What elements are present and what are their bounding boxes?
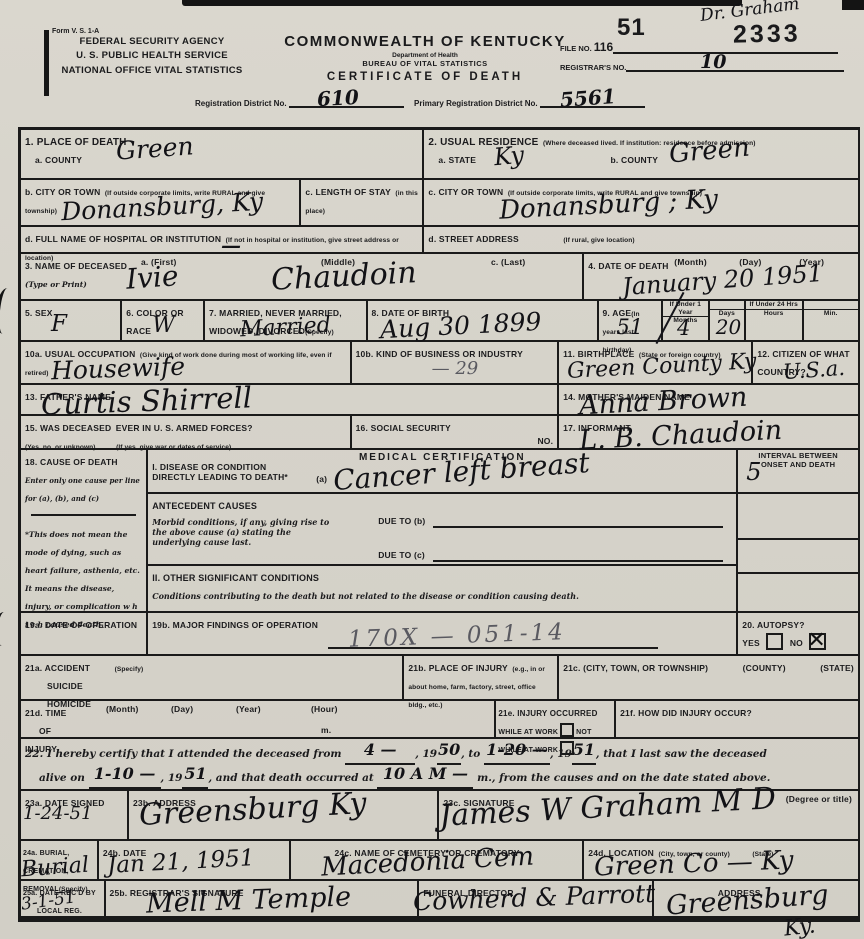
bureau-line: BUREAU OF VITAL STATISTICS <box>265 59 585 68</box>
interval-line-a <box>738 492 858 494</box>
due-to-b-label: DUE TO (b) <box>378 516 425 526</box>
department-line: Department of Health <box>265 52 585 59</box>
autopsy-yes-label: YES <box>742 638 760 648</box>
disease-line-a-label: (a) <box>316 474 327 484</box>
certify-text-6: alive on <box>39 772 85 784</box>
form-number: Form V. S. 1-A <box>52 28 252 35</box>
scan-artifact-bracket-2 <box>0 611 13 646</box>
interval-handwritten-mark: 5 <box>746 460 761 484</box>
field-date-signed: 23a. DATE SIGNED 1-24-51 <box>21 791 129 839</box>
county-value: Green <box>115 133 194 163</box>
field-date-of-operation: 19a. DATE OF OPERA­TION <box>21 613 148 654</box>
field-funeral-director: FUNERAL DIRECTOR Cowherd & Parrott <box>419 881 653 916</box>
field-date-of-birth: 8. DATE OF BIRTH Aug 30 1899 <box>368 301 599 340</box>
agency-line-1: FEDERAL SECURITY AGENCY <box>52 35 252 49</box>
burial-value: Burial <box>20 855 89 882</box>
months-value: 4 <box>677 318 690 339</box>
citizenship-value: U.S.a. <box>783 358 846 383</box>
field-street-address: d. STREET ADDRESS (If rural, give locati… <box>424 227 858 252</box>
disease-label-2: DIRECTLY LEADING TO DEATH* <box>152 472 288 482</box>
field-age-min: Min. <box>804 301 858 340</box>
time-of-injury-label-1: 21d. TIME <box>25 708 66 718</box>
field-age-hours: If Under 24 Hrs Hours <box>746 301 804 340</box>
place-of-death-title: 1. PLACE OF DEATH <box>25 137 127 148</box>
certify-number: 22. <box>25 748 43 760</box>
field-autopsy: 20. AUTOPSY? YES NO <box>738 613 858 654</box>
last-name-label: c. (Last) <box>491 257 525 267</box>
ssn-label: 16. SOCIAL SECURITY <box>356 423 451 433</box>
field-occupation: 10a. USUAL OCCUPATION (Give kind of work… <box>21 342 352 383</box>
state-label: a. STATE <box>438 155 476 165</box>
registration-district-line: Registration District No. 610 Primary Re… <box>195 99 645 108</box>
field-residence-city: c. CITY OR TOWN (If outside corporate li… <box>424 180 858 225</box>
date-of-death-label: 4. DATE OF DEATH <box>588 261 668 271</box>
field-armed-forces: 15. WAS DECEASED EVER IN U. S. ARMED FOR… <box>21 416 352 448</box>
interval-label-2: ONSET AND DEATH <box>761 460 835 469</box>
residence-state-value: Ky <box>493 143 525 170</box>
field-date-received: 25a. DATE REC'D BY LOCAL REG. 3-1-51 <box>21 881 106 916</box>
autopsy-label: 20. AUTOPSY? <box>742 620 804 630</box>
street-address-hint: (If rural, give location) <box>563 237 634 244</box>
file-number-block: FILE NO. 116 REGISTRAR'S NO. 10 <box>560 40 860 72</box>
field-place-of-death-county: 1. PLACE OF DEATH a. COUNTY Green <box>21 130 424 178</box>
field-accident-suicide-homicide: 21a. ACCIDENT (Specify) SUICIDE HOMICIDE <box>21 656 404 699</box>
residence-county-label: b. COUNTY <box>611 155 659 165</box>
marital-value: Married <box>240 315 332 342</box>
reg-district-label: Registration District No. <box>195 99 287 108</box>
suicide-label: SUICIDE <box>47 681 83 691</box>
signature-hint: (Degree or title) <box>786 794 852 804</box>
days-value: 20 <box>716 317 741 337</box>
injury-year-label: (Year) <box>236 704 261 714</box>
attended-from-value: 4 — <box>364 740 397 759</box>
dod-month-label: (Month) <box>674 257 707 267</box>
last-seen-value: 1-10 — <box>94 764 156 783</box>
ssn-label-2: NO. <box>356 436 554 446</box>
field-cemetery: 24c. NAME OF CEMETERY OR CREMATORY Maced… <box>291 841 585 879</box>
accident-label: 21a. ACCIDENT <box>25 663 90 673</box>
field-how-injury-occurred: 21f. HOW DID INJURY OCCUR? <box>616 701 858 737</box>
armed-forces-label-1: 15. WAS DECEASED <box>25 423 111 433</box>
field-funeral-director-address: ADDRESS Greensburg Ky. <box>654 881 858 916</box>
autopsy-yes-checkbox <box>766 633 783 650</box>
morbid-conditions-text: Morbid conditions, if any, giving rise t… <box>152 517 332 547</box>
other-conditions-text: Conditions contributing to the death but… <box>152 591 579 601</box>
injury-hour-label: (Hour) <box>311 704 338 714</box>
registrar-no-label: REGISTRAR'S NO. <box>560 63 626 72</box>
title-block: COMMONWEALTH OF KENTUCKY Department of H… <box>265 33 585 83</box>
field-ssn: 16. SOCIAL SECURITY NO. <box>352 416 560 448</box>
certify-text-3: , to <box>461 748 480 760</box>
field-age-months: If Under 1 Year Months 4 <box>663 301 710 340</box>
name-title: 3. NAME OF DECEASED <box>25 261 127 271</box>
length-of-stay-label: c. LENGTH OF STAY <box>305 187 391 197</box>
disease-label-1: I. DISEASE OR CONDITION <box>152 462 266 472</box>
reg-district-value: 610 <box>316 87 359 109</box>
registrar-signature-value: Mell M Temple <box>145 883 351 917</box>
field-age-days: Days 20 <box>710 301 746 340</box>
fd-address-value-2: Ky. <box>783 915 817 939</box>
certificate-form: 1. PLACE OF DEATH a. COUNTY Green 2. USU… <box>18 127 860 922</box>
injury-occurred-label: 21e. INJURY OCCURRED <box>498 709 597 718</box>
armed-forces-label-2: EVER IN U. S. ARMED FORCES? <box>116 423 253 433</box>
primary-district-value: 5561 <box>559 86 616 110</box>
first-name-value: Ivie <box>125 262 179 294</box>
field-age-years: 9. AGE(In years last birthday) 51 <box>599 301 663 340</box>
corner-number: 51 <box>617 14 646 42</box>
field-mother-name: 14. MOTHER'S MAIDEN NAME Anna Brown <box>559 385 858 414</box>
scan-artifact-corner <box>842 0 864 10</box>
certify-text-4: , 19 <box>550 748 572 760</box>
injury-county-label: (COUNTY) <box>743 663 786 673</box>
injury-state-label: (STATE) <box>820 663 854 673</box>
autopsy-no-checkbox <box>809 633 826 650</box>
dob-value: Aug 30 1899 <box>379 309 542 342</box>
residence-city-label: c. CITY OR TOWN <box>428 187 503 197</box>
autopsy-no-label: NO <box>790 638 803 648</box>
death-certificate-scan: Form V. S. 1-A FEDERAL SECURITY AGENCY U… <box>0 0 864 939</box>
field-marital-status: 7. MARRIED, NEVER MARRIED, WIDOWED, DIVO… <box>205 301 367 340</box>
street-address-label: d. STREET ADDRESS <box>428 234 518 244</box>
last-seen-year: 51 <box>184 764 206 783</box>
burial-location-value: Green Co — Ky <box>594 848 794 881</box>
hospital-value: — <box>221 235 241 255</box>
primary-district-label: Primary Registration District No. <box>414 99 538 108</box>
certify-text-7: , 19 <box>161 772 183 784</box>
scan-artifact-topbar <box>182 0 742 6</box>
min-label: Min. <box>804 310 858 318</box>
agency-line-2: U. S. PUBLIC HEALTH SERVICE <box>52 49 252 63</box>
field-burial-location: 24d. LOCATION (City, town, or county) (S… <box>584 841 858 879</box>
name-title-hint: (Type or Print) <box>25 280 87 289</box>
injury-m-label: m. <box>321 725 331 735</box>
residence-county-value: Green <box>668 135 751 168</box>
field-length-of-stay: c. LENGTH OF STAY (in this place) <box>301 180 424 225</box>
field-usual-residence: 2. USUAL RESIDENCE (Where deceased lived… <box>424 130 858 178</box>
field-major-findings: 19b. MAJOR FINDINGS OF OPERATION 170X — … <box>148 613 738 654</box>
field-burial-date: 24b. DATE Jan 21, 1951 <box>99 841 291 879</box>
surname-value: Chaudoin <box>270 258 417 296</box>
field-time-of-injury: 21d. TIME (Month) (Day) (Year) (Hour) OF… <box>21 701 496 737</box>
field-informant: 17. INFORMANT L. B. Chaudoin <box>559 416 858 448</box>
injury-month-label: (Month) <box>106 704 139 714</box>
hospital-label: d. FULL NAME OF HOSPITAL OR INSTITUTION <box>25 234 221 244</box>
interval-line-b <box>738 538 858 540</box>
certify-text-2: , 19 <box>415 748 437 760</box>
file-no-value: 116 <box>594 40 613 54</box>
mother-value: Anna Brown <box>579 384 749 420</box>
major-findings-label: 19b. MAJOR FINDINGS OF OPERATION <box>152 620 318 630</box>
field-citizenship: 12. CITIZEN OF WHAT COUNTRY? U.S.a. <box>753 342 858 383</box>
certificate-type: CERTIFICATE OF DEATH <box>265 71 585 83</box>
cause-of-death-label: 18. CAUSE OF DEATH <box>25 457 118 467</box>
field-interval: INTERVAL BETWEEN ONSET AND DEATH 5 <box>738 450 858 611</box>
sex-label: 5. SEX <box>25 308 53 318</box>
field-industry: 10b. KIND OF BUSINESS OR IN­DUSTRY — 29 <box>352 342 560 383</box>
while-at-work-checkbox <box>560 723 574 737</box>
antecedent-causes-label: ANTECEDENT CAUSES <box>152 501 257 511</box>
field-physician-address: 23b. ADDRESS Greensburg Ky <box>129 791 440 839</box>
header-bracket <box>44 30 49 96</box>
field-registrar-signature: 25b. REGISTRAR'S SIGNATURE Mell M Temple <box>106 881 420 916</box>
interval-label-1: INTERVAL BETWEEN <box>758 451 837 460</box>
father-value: Curtis Shirrell <box>41 383 253 419</box>
field-medical-certification: MEDICAL CERTIFICATION I. DISEASE OR COND… <box>148 450 738 611</box>
issuing-agency-block: Form V. S. 1-A FEDERAL SECURITY AGENCY U… <box>52 28 252 78</box>
physician-address-value: Greensburg Ky <box>138 789 367 831</box>
field-sex: 5. SEX F <box>21 301 122 340</box>
burial-date-value: Jan 21, 1951 <box>106 847 254 878</box>
field-cause-of-death-sidebar: 18. CAUSE OF DEATH Enter only one cause … <box>21 450 148 611</box>
attended-from-year: 50 <box>438 740 460 759</box>
industry-value: — 29 <box>432 360 479 378</box>
occupation-value: Housewife <box>51 354 186 384</box>
field-burial: 24a. BURIAL, CREMA­TION, REMOVAL(Specify… <box>21 841 99 879</box>
other-conditions-label: II. OTHER SIGNIFICANT CONDITIONS <box>152 573 319 583</box>
death-time-value: 10 A M — <box>383 764 468 783</box>
race-value: W <box>152 315 175 337</box>
field-father-name: 13. FATHER'S NAME Curtis Shirrell <box>21 385 559 414</box>
while-at-work-label: WHILE AT WORK <box>498 729 558 736</box>
attended-to-value: 1-20 — <box>486 740 548 759</box>
field-name-of-deceased: 3. NAME OF DECEASED (Type or Print) a. (… <box>21 254 584 299</box>
injury-day-label: (Day) <box>171 704 193 714</box>
field-birthplace: 11. BIRTHPLACE (State or foreign country… <box>559 342 753 383</box>
time-of-injury-label-2: OF <box>39 726 51 736</box>
field-place-of-injury: 21b. PLACE OF INJURY (e.g., in or about … <box>404 656 559 699</box>
registrar-no-value: 10 <box>700 53 726 72</box>
certify-text-9: m., from the causes and on the date stat… <box>477 772 770 784</box>
county-label: a. COUNTY <box>35 155 82 165</box>
place-of-injury-label: 21b. PLACE OF INJURY <box>408 663 508 673</box>
due-to-c-label: DUE TO (c) <box>378 550 425 560</box>
age-value: 51 <box>617 317 644 338</box>
field-race: 6. COLOR OR RACE W <box>122 301 205 340</box>
accident-hint: (Specify) <box>115 666 144 673</box>
agency-line-3: NATIONAL OFFICE VITAL STATISTICS <box>52 64 252 78</box>
certify-text-8: , and that death occurred at <box>208 772 373 784</box>
date-signed-value: 1-24-51 <box>23 805 92 823</box>
date-of-operation-label: 19a. DATE OF OPERA­TION <box>25 620 137 630</box>
cause-note-1: Enter only one cause per line for (a), (… <box>25 476 140 503</box>
sex-value: F <box>51 313 67 336</box>
signature-value: James W Graham M D <box>439 784 777 832</box>
field-city-of-death: b. CITY OR TOWN (If outside corporate li… <box>21 180 301 225</box>
how-injury-label: 21f. HOW DID INJURY OCCUR? <box>620 708 752 718</box>
field-signature: 23c. SIGNATURE (Degree or title) James W… <box>439 791 858 839</box>
field-date-of-death: 4. DATE OF DEATH (Month) (Day) (Year) Ja… <box>584 254 858 299</box>
field-hospital: d. FULL NAME OF HOSPITAL OR INSTITUTION … <box>21 227 424 252</box>
attended-to-year: 51 <box>573 740 595 759</box>
certify-text-1: I hereby certify that I attended the dec… <box>47 748 342 760</box>
document-title: COMMONWEALTH OF KENTUCKY <box>265 33 585 50</box>
file-no-label: FILE NO. <box>560 44 592 53</box>
under-24h-label: If Under 24 Hrs <box>746 301 802 310</box>
funeral-director-value: Cowherd & Parrott <box>413 881 656 914</box>
interval-line-c <box>738 572 858 574</box>
injury-city-label: 21c. (CITY, TOWN, OR TOWNSHIP) <box>563 663 708 673</box>
hours-label: Hours <box>746 310 802 318</box>
field-injury-location: 21c. (CITY, TOWN, OR TOWNSHIP) (COUNTY) … <box>559 656 858 699</box>
scan-artifact-bracket-1 <box>0 287 16 335</box>
certify-text-5: , that I last saw the deceased <box>596 748 767 760</box>
field-injury-occurred: 21e. INJURY OCCURRED WHILE AT WORKNOT WH… <box>496 701 616 737</box>
field-certification-statement: 22. I hereby certify that I attended the… <box>21 739 858 789</box>
